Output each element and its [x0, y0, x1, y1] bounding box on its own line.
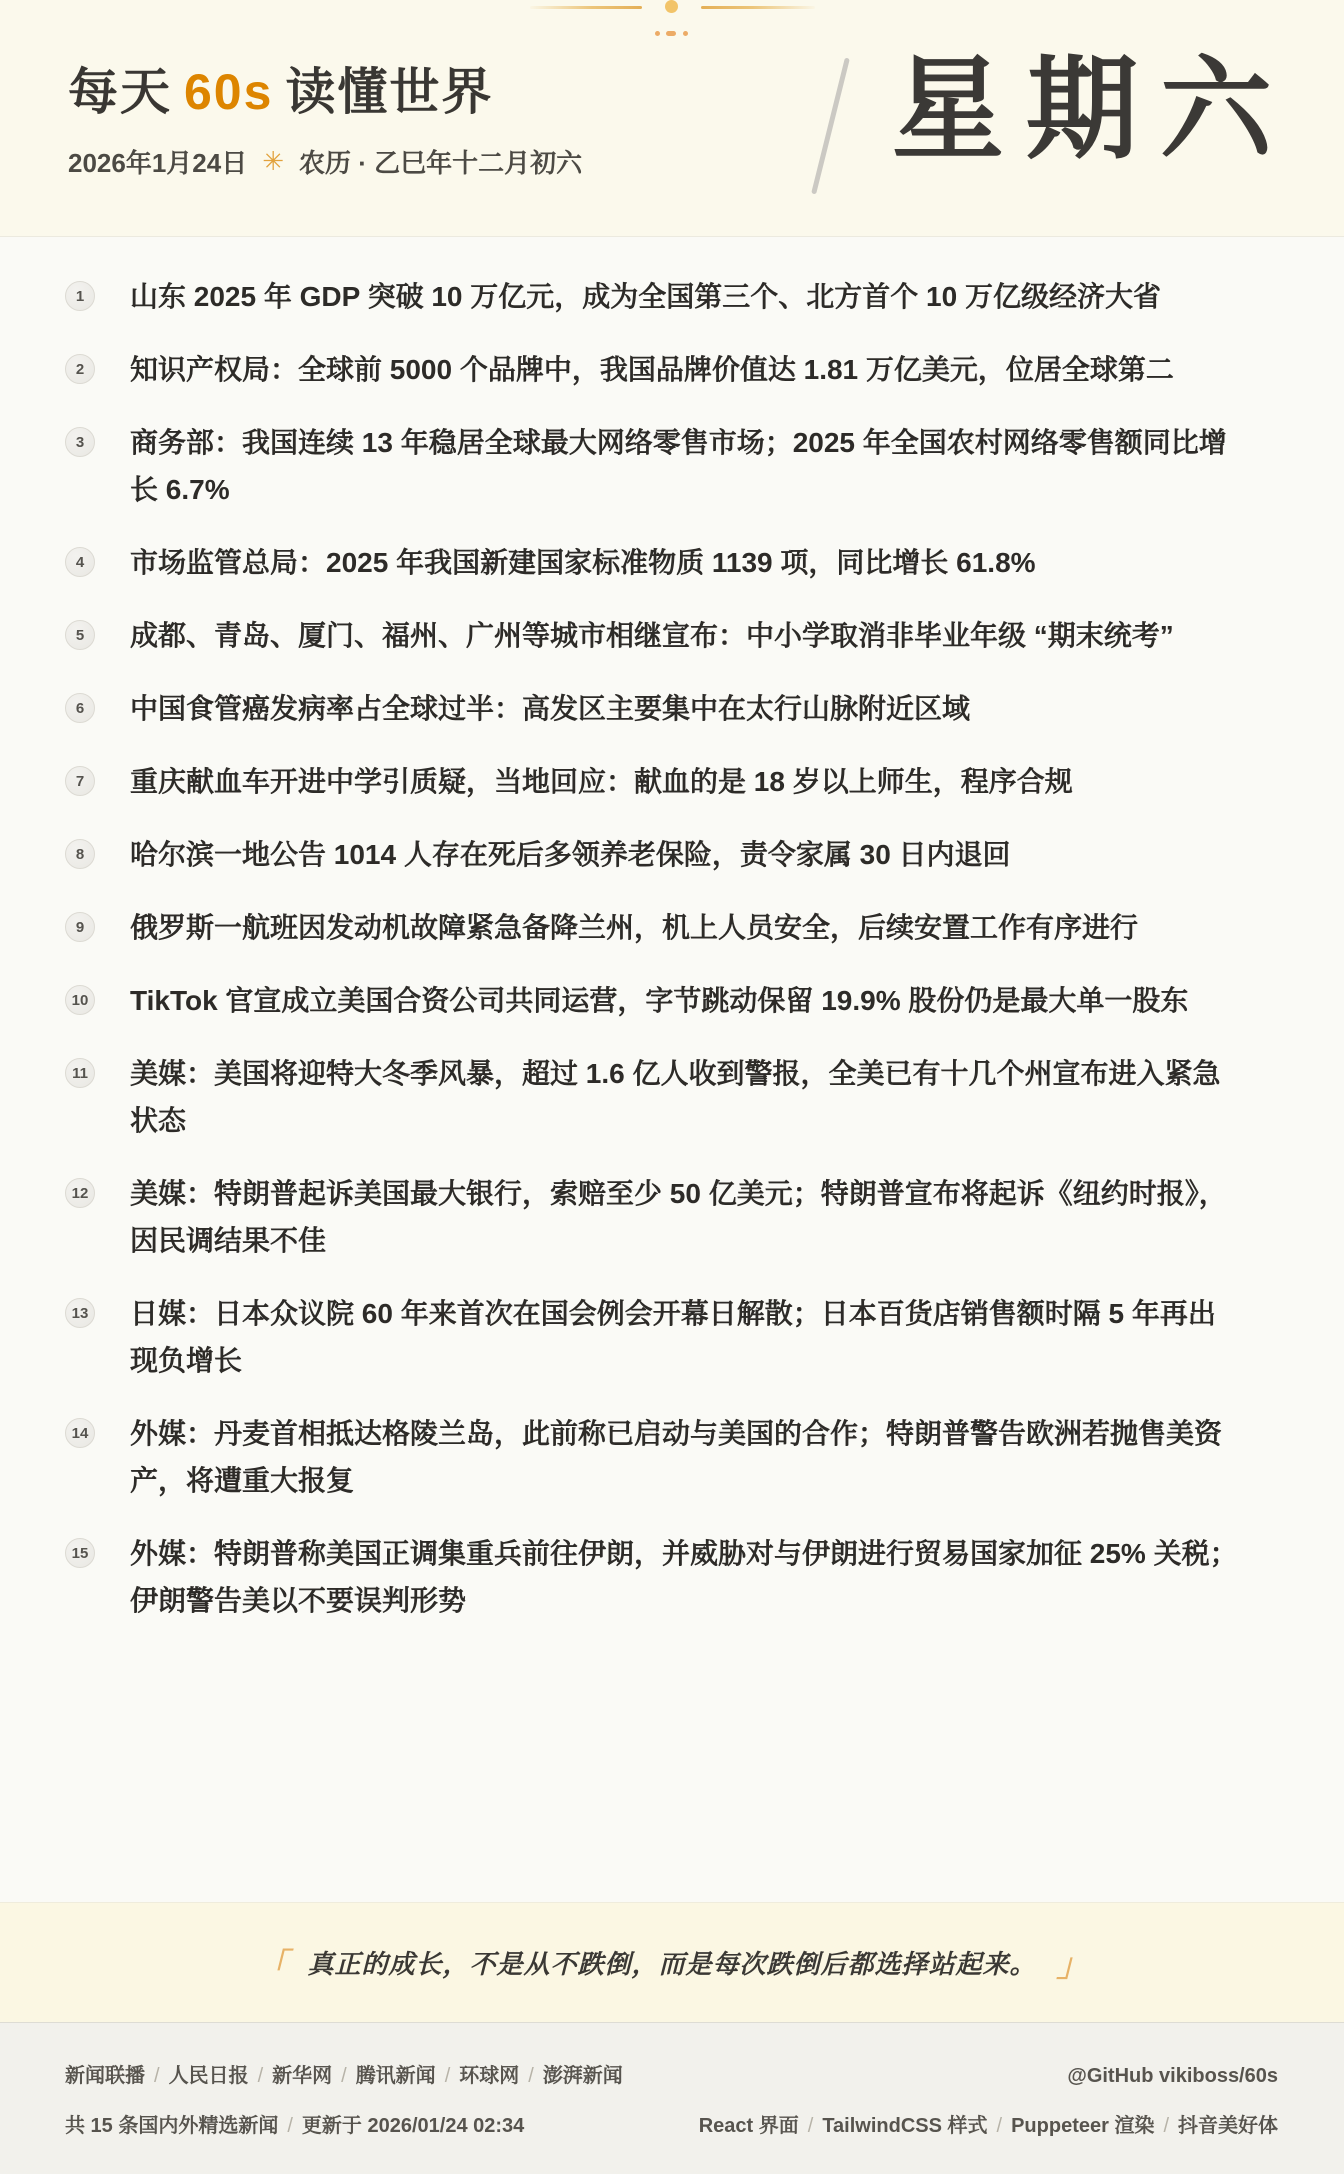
footer-list-item: 抖音美好体	[1178, 2115, 1278, 2137]
news-item: 5 成都、青岛、厦门、福州、广州等城市相继宣布：中小学取消非毕业年级 “期末统考…	[65, 612, 1240, 659]
item-number-badge: 3	[65, 427, 95, 457]
footer-list-item: 新华网	[272, 2065, 332, 2087]
news-item-text: 哈尔滨一地公告 1014 人存在死后多领养老保险，责令家属 30 日内退回	[130, 831, 1011, 878]
date-row: 2026年1月24日 ✳ 农历 · 乙巳年十二月初六	[68, 143, 582, 180]
news-item-text: 市场监管总局：2025 年我国新建国家标准物质 1139 项，同比增长 61.8…	[130, 539, 1036, 586]
news-item: 4 市场监管总局：2025 年我国新建国家标准物质 1139 项，同比增长 61…	[65, 539, 1240, 586]
news-item: 2 知识产权局：全球前 5000 个品牌中，我国品牌价值达 1.81 万亿美元，…	[65, 346, 1240, 393]
asterisk-icon: ✳	[262, 146, 284, 177]
footer: 新闻联播/人民日报/新华网/腾讯新闻/环球网/澎湃新闻 @GitHub viki…	[0, 2022, 1344, 2174]
news-item-text: 商务部：我国连续 13 年稳居全球最大网络零售市场；2025 年全国农村网络零售…	[130, 419, 1240, 513]
news-item: 14 外媒：丹麦首相抵达格陵兰岛，此前称已启动与美国的合作；特朗普警告欧洲若抛售…	[65, 1410, 1240, 1504]
deco-dot-icon	[683, 31, 688, 36]
gregorian-date: 2026年1月24日	[68, 143, 247, 180]
news-item-text: 日媒：日本众议院 60 年来首次在国会例会开幕日解散；日本百货店销售额时隔 5 …	[130, 1290, 1240, 1384]
quote-close-mark-icon: 」	[1057, 1940, 1089, 1986]
footer-row-2: 共 15 条国内外精选新闻/更新于 2026/01/24 02:34 React…	[65, 2109, 1278, 2138]
footer-list-item: 更新于 2026/01/24 02:34	[302, 2115, 524, 2137]
slash-divider	[811, 57, 850, 194]
deco-dot-icon	[666, 31, 676, 36]
news-item-text: 重庆献血车开进中学引质疑，当地回应：献血的是 18 岁以上师生，程序合规	[130, 758, 1073, 805]
news-item: 12 美媒：特朗普起诉美国最大银行，索赔至少 50 亿美元；特朗普宣布将起诉《纽…	[65, 1170, 1240, 1264]
footer-list-item: Puppeteer 渲染	[1011, 2115, 1154, 2137]
item-number-badge: 14	[65, 1418, 95, 1448]
github-credit: @GitHub vikiboss/60s	[1067, 2065, 1278, 2088]
news-item-text: 外媒：丹麦首相抵达格陵兰岛，此前称已启动与美国的合作；特朗普警告欧洲若抛售美资产…	[130, 1410, 1240, 1504]
slash-separator: /	[341, 2065, 347, 2087]
news-item: 8 哈尔滨一地公告 1014 人存在死后多领养老保险，责令家属 30 日内退回	[65, 831, 1240, 878]
quote-open-mark-icon: 「	[255, 1940, 287, 1986]
deco-circle-icon	[665, 0, 678, 13]
news-item-text: 知识产权局：全球前 5000 个品牌中，我国品牌价值达 1.81 万亿美元，位居…	[130, 346, 1174, 393]
news-item-text: 外媒：特朗普称美国正调集重兵前往伊朗，并威胁对与伊朗进行贸易国家加征 25% 关…	[130, 1530, 1240, 1624]
quote-section: 「 真正的成长，不是从不跌倒，而是每次跌倒后都选择站起来。 」	[0, 1902, 1344, 2022]
quote-text: 真正的成长，不是从不跌倒，而是每次跌倒后都选择站起来。	[307, 1944, 1036, 1981]
news-item: 13 日媒：日本众议院 60 年来首次在国会例会开幕日解散；日本百货店销售额时隔…	[65, 1290, 1240, 1384]
footer-list-item: 腾讯新闻	[356, 2065, 436, 2087]
footer-list-item: 共 15 条国内外精选新闻	[65, 2115, 278, 2137]
item-number-badge: 4	[65, 547, 95, 577]
deco-dot-icon	[655, 31, 660, 36]
item-number-badge: 1	[65, 281, 95, 311]
slash-separator: /	[997, 2115, 1003, 2137]
item-number-badge: 9	[65, 912, 95, 942]
slash-separator: /	[445, 2065, 451, 2087]
news-digest-page: 每天60s读懂世界 2026年1月24日 ✳ 农历 · 乙巳年十二月初六 星期六…	[0, 0, 1344, 2174]
title-accent: 60s	[184, 64, 273, 120]
item-number-badge: 7	[65, 766, 95, 796]
title-suffix: 读懂世界	[285, 64, 493, 120]
lunar-date: 农历 · 乙巳年十二月初六	[299, 143, 582, 180]
deco-line-left-icon	[530, 6, 642, 9]
item-number-badge: 12	[65, 1178, 95, 1208]
news-item-text: 中国食管癌发病率占全球过半：高发区主要集中在太行山脉附近区域	[130, 685, 970, 732]
footer-row-1: 新闻联播/人民日报/新华网/腾讯新闻/环球网/澎湃新闻 @GitHub viki…	[65, 2059, 1278, 2088]
news-item-text: 山东 2025 年 GDP 突破 10 万亿元，成为全国第三个、北方首个 10 …	[130, 273, 1161, 320]
item-number-badge: 15	[65, 1538, 95, 1568]
news-item-text: 俄罗斯一航班因发动机故障紧急备降兰州，机上人员安全，后续安置工作有序进行	[130, 904, 1138, 951]
news-item: 11 美媒：美国将迎特大冬季风暴，超过 1.6 亿人收到警报，全美已有十几个州宣…	[65, 1050, 1240, 1144]
item-number-badge: 10	[65, 985, 95, 1015]
item-number-badge: 8	[65, 839, 95, 869]
item-number-badge: 13	[65, 1298, 95, 1328]
news-item: 7 重庆献血车开进中学引质疑，当地回应：献血的是 18 岁以上师生，程序合规	[65, 758, 1240, 805]
header: 每天60s读懂世界 2026年1月24日 ✳ 农历 · 乙巳年十二月初六 星期六	[0, 0, 1344, 236]
weekday-label: 星期六	[892, 40, 1294, 180]
title-prefix: 每天	[68, 64, 172, 120]
news-meta: 共 15 条国内外精选新闻/更新于 2026/01/24 02:34	[65, 2109, 524, 2138]
item-number-badge: 2	[65, 354, 95, 384]
footer-list-item: React 界面	[699, 2115, 799, 2137]
news-item: 15 外媒：特朗普称美国正调集重兵前往伊朗，并威胁对与伊朗进行贸易国家加征 25…	[65, 1530, 1240, 1624]
news-section: 1 山东 2025 年 GDP 突破 10 万亿元，成为全国第三个、北方首个 1…	[0, 236, 1344, 1902]
footer-list-item: 新闻联播	[65, 2065, 145, 2087]
news-item-text: 成都、青岛、厦门、福州、广州等城市相继宣布：中小学取消非毕业年级 “期末统考”	[130, 612, 1174, 659]
slash-separator: /	[258, 2065, 264, 2087]
item-number-badge: 5	[65, 620, 95, 650]
slash-separator: /	[1163, 2115, 1169, 2137]
item-number-badge: 11	[65, 1058, 95, 1088]
news-item: 9 俄罗斯一航班因发动机故障紧急备降兰州，机上人员安全，后续安置工作有序进行	[65, 904, 1240, 951]
slash-separator: /	[808, 2115, 814, 2137]
page-title: 每天60s读懂世界	[68, 52, 493, 124]
slash-separator: /	[154, 2065, 160, 2087]
deco-line-right-icon	[701, 6, 815, 9]
news-item: 6 中国食管癌发病率占全球过半：高发区主要集中在太行山脉附近区域	[65, 685, 1240, 732]
news-list: 1 山东 2025 年 GDP 突破 10 万亿元，成为全国第三个、北方首个 1…	[65, 273, 1240, 1624]
slash-separator: /	[528, 2065, 534, 2087]
news-item-text: 美媒：特朗普起诉美国最大银行，索赔至少 50 亿美元；特朗普宣布将起诉《纽约时报…	[130, 1170, 1240, 1264]
footer-list-item: 人民日报	[169, 2065, 249, 2087]
item-number-badge: 6	[65, 693, 95, 723]
footer-list-item: TailwindCSS 样式	[822, 2115, 987, 2137]
slash-separator: /	[287, 2115, 293, 2137]
footer-list-item: 澎湃新闻	[543, 2065, 623, 2087]
footer-list-item: 环球网	[459, 2065, 519, 2087]
tech-stack-list: React 界面/TailwindCSS 样式/Puppeteer 渲染/抖音美…	[699, 2109, 1278, 2138]
news-item-text: TikTok 官宣成立美国合资公司共同运营，字节跳动保留 19.9% 股份仍是最…	[130, 977, 1188, 1024]
news-sources-list: 新闻联播/人民日报/新华网/腾讯新闻/环球网/澎湃新闻	[65, 2059, 623, 2088]
news-item: 3 商务部：我国连续 13 年稳居全球最大网络零售市场；2025 年全国农村网络…	[65, 419, 1240, 513]
news-item: 1 山东 2025 年 GDP 突破 10 万亿元，成为全国第三个、北方首个 1…	[65, 273, 1240, 320]
news-item: 10 TikTok 官宣成立美国合资公司共同运营，字节跳动保留 19.9% 股份…	[65, 977, 1240, 1024]
news-item-text: 美媒：美国将迎特大冬季风暴，超过 1.6 亿人收到警报，全美已有十几个州宣布进入…	[130, 1050, 1240, 1144]
